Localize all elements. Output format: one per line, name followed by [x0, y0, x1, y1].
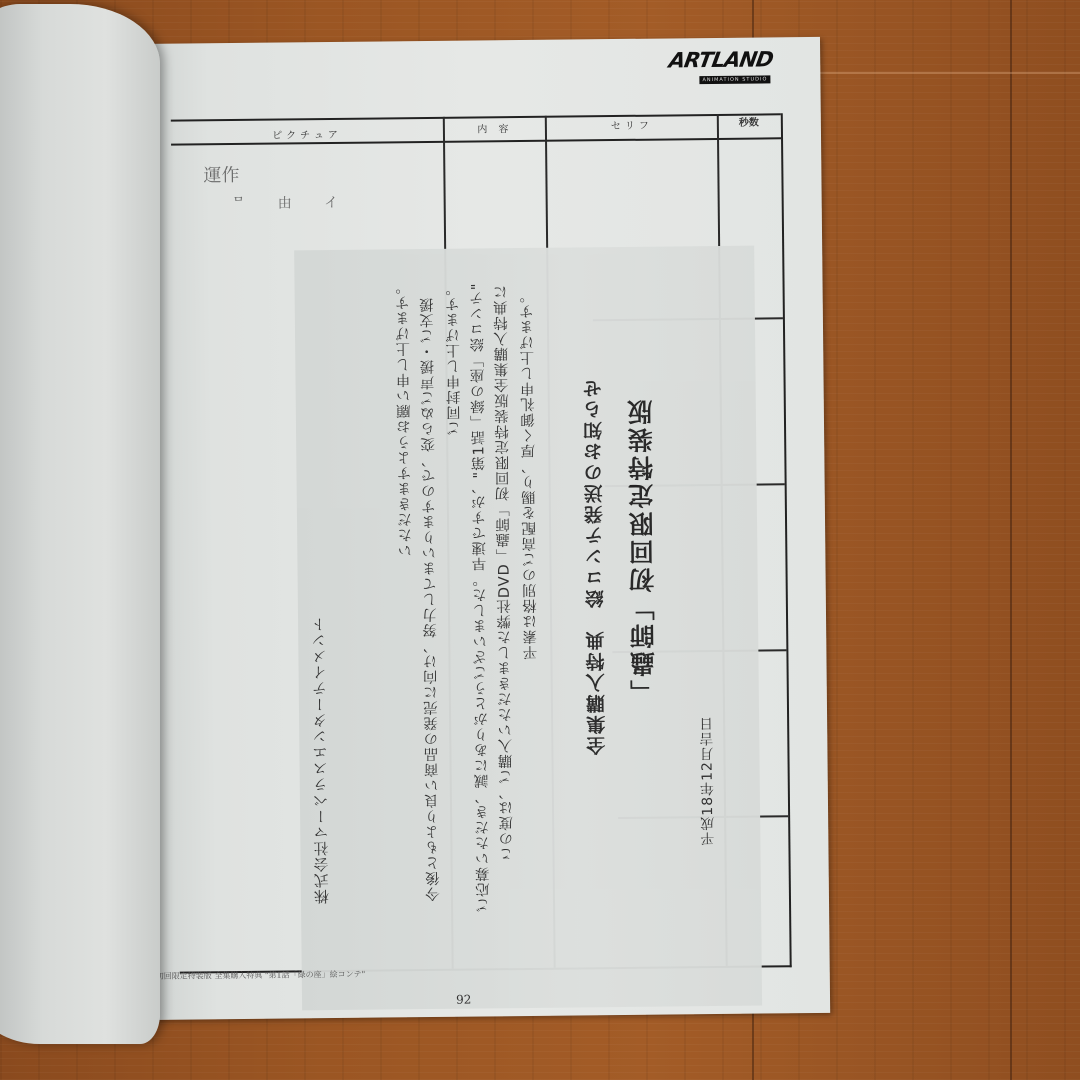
handwritten-note: ᄆ 由 イ — [232, 192, 353, 213]
notice-body-line: この度は、ご購入いただきました弊社DVD「蟲師」初回限定特装版全集購入特典に — [491, 284, 518, 862]
notice-subtitle: 全集購入特典 絵コンテ発送のお知らせ — [580, 377, 611, 755]
column-header-content: 内 容 — [445, 120, 545, 136]
notice-body-line: 今後ともより良い商品の発売に向け、努力してまいりますので、変らぬご声援・ご支援 — [417, 297, 444, 902]
page-number: 92 — [456, 993, 471, 1007]
notice-sheet: 「蟲師」初回限定特装版 全集購入特典 絵コンテ発送のお知らせ 平成18年12月吉… — [294, 246, 762, 1011]
storyboard-page: ARTLAND ANIMATION STUDIO ピクチュア 内 容 セリフ 秒… — [140, 37, 830, 1020]
notice-company: 株式会社マーベラスエンターテイメント — [308, 616, 332, 904]
notice-title: 「蟲師」初回限定特装版 — [624, 397, 663, 705]
notice-date: 平成18年12月吉日 — [697, 716, 718, 846]
notice-body-line: 平素は格別のご高配を賜り、厚く御礼申し上げます。 — [517, 288, 542, 660]
artland-logo-subtitle: ANIMATION STUDIO — [699, 75, 770, 84]
column-header-picture: ピクチュア — [171, 125, 443, 143]
notice-body-line: ご同封申し上げます。 — [442, 281, 465, 436]
column-header-seconds: 秒数 — [719, 113, 779, 129]
footer-caption: 初回限定特装版 全集購入特典 "第1話「緑の座」絵コンテ" — [156, 969, 366, 982]
artland-logo: ARTLAND — [667, 47, 774, 72]
notice-body-line: ご応募いただき、誠にありがとうございました。早速ですが、"第1話「緑の座」絵コン… — [467, 282, 495, 912]
column-header-dialogue: セリフ — [547, 116, 717, 133]
handwritten-note: 運作 — [203, 161, 239, 187]
curled-left-page — [0, 4, 160, 1044]
floor-seam — [1010, 0, 1012, 1080]
notice-body-line: いただきますようお願い申し上げます。 — [392, 279, 416, 558]
